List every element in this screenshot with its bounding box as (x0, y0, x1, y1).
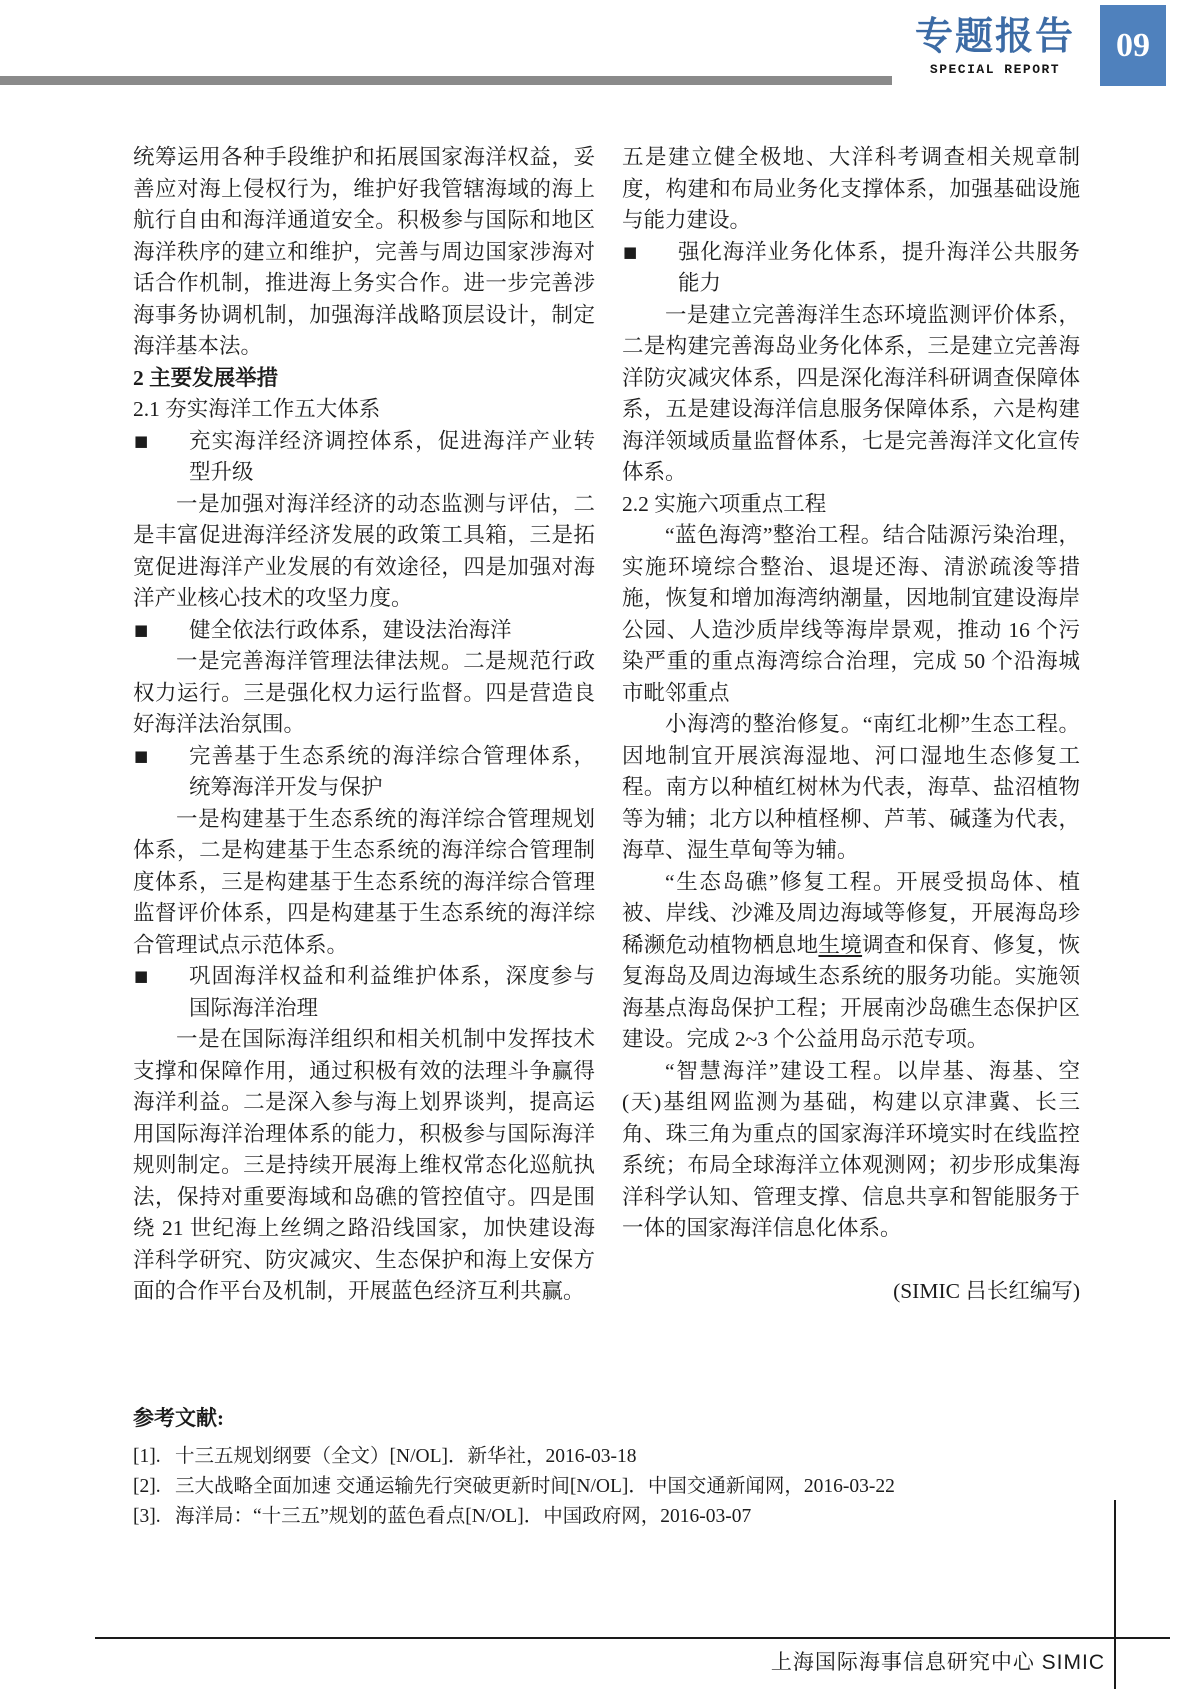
bullet-item: ■ 巩固海洋权益和利益维护体系，深度参与国际海洋治理 (133, 961, 595, 1024)
bullet-text: 健全依法行政体系，建设法治海洋 (189, 618, 512, 642)
reference-label: [2]. (133, 1472, 175, 1502)
page-title: 专题报告 (905, 14, 1085, 60)
bullet-square-icon: ■ (623, 237, 637, 269)
page-number-badge: 09 (1100, 5, 1166, 86)
right-column: 五是建立健全极地、大洋科考调查相关规章制度，构建和布局业务化支撑体系，加强基础设… (622, 142, 1080, 1308)
paragraph: 五是建立健全极地、大洋科考调查相关规章制度，构建和布局业务化支撑体系，加强基础设… (622, 142, 1080, 237)
paragraph: 一是建立完善海洋生态环境监测评价体系，二是构建完善海岛业务化体系，三是建立完善海… (622, 300, 1080, 489)
bullet-item: ■ 健全依法行政体系，建设法治海洋 (133, 615, 595, 647)
bullet-text: 巩固海洋权益和利益维护体系，深度参与国际海洋治理 (189, 964, 595, 1020)
subsection-heading: 2.1 夯实海洋工作五大体系 (133, 394, 595, 426)
reference-label: [1]. (133, 1442, 175, 1472)
paragraph: 一是完善海洋管理法律法规。二是规范行政权力运行。三是强化权力运行监督。四是营造良… (133, 646, 595, 741)
reference-item: [1]. 十三五规划纲要（全文）[N/OL]．新华社，2016-03-18 (133, 1442, 1083, 1472)
references-heading: 参考文献: (133, 1404, 1083, 1432)
bullet-item: ■ 强化海洋业务化体系，提升海洋公共服务能力 (622, 237, 1080, 300)
paragraph: 小海湾的整治修复。“南红北柳”生态工程。因地制宜开展滨海湿地、河口湿地生态修复工… (622, 709, 1080, 867)
paragraph: “智慧海洋”建设工程。以岸基、海基、空(天)基组网监测为基础，构建以京津冀、长三… (622, 1056, 1080, 1245)
bullet-item: ■ 完善基于生态系统的海洋综合管理体系，统筹海洋开发与保护 (133, 741, 595, 804)
reference-text: 十三五规划纲要（全文）[N/OL]．新华社，2016-03-18 (175, 1442, 636, 1472)
page-number: 09 (1116, 27, 1150, 65)
bullet-text: 强化海洋业务化体系，提升海洋公共服务能力 (678, 240, 1080, 296)
bullet-item: ■ 充实海洋经济调控体系，促进海洋产业转型升级 (133, 426, 595, 489)
left-column: 统筹运用各种手段维护和拓展国家海洋权益，妥善应对海上侵权行为，维护好我管辖海域的… (133, 142, 595, 1308)
paragraph: 一是在国际海洋组织和相关机制中发挥技术支撑和保障作用，通过积极有效的法理斗争赢得… (133, 1024, 595, 1308)
reference-label: [3]. (133, 1502, 175, 1532)
reference-text: 三大战略全面加速 交通运输先行突破更新时间[N/OL]．中国交通新闻网，2016… (175, 1472, 895, 1502)
reference-item: [2]. 三大战略全面加速 交通运输先行突破更新时间[N/OL]．中国交通新闻网… (133, 1472, 1083, 1502)
author-attribution: (SIMIC 吕长红编写) (622, 1276, 1080, 1308)
underlined-term: 生境 (818, 933, 862, 957)
bullet-square-icon: ■ (134, 961, 148, 993)
reference-item: [3]. 海洋局：“十三五”规划的蓝色看点[N/OL]．中国政府网，2016-0… (133, 1502, 1083, 1532)
page-header: 专题报告 SPECIAL REPORT (905, 14, 1085, 77)
bullet-square-icon: ■ (134, 615, 148, 647)
subsection-heading: 2.2 实施六项重点工程 (622, 489, 1080, 521)
paragraph: 统筹运用各种手段维护和拓展国家海洋权益，妥善应对海上侵权行为，维护好我管辖海域的… (133, 142, 595, 363)
page-subtitle: SPECIAL REPORT (905, 62, 1085, 77)
header-gray-rule (0, 76, 892, 85)
references-section: 参考文献: [1]. 十三五规划纲要（全文）[N/OL]．新华社，2016-03… (133, 1404, 1083, 1532)
paragraph: “生态岛礁”修复工程。开展受损岛体、植被、岸线、沙滩及周边海域等修复，开展海岛珍… (622, 867, 1080, 1056)
bullet-square-icon: ■ (134, 741, 148, 773)
footer-organization: 上海国际海事信息研究中心 SIMIC (600, 1646, 1105, 1676)
paragraph: 一是构建基于生态系统的海洋综合管理规划体系，二是构建基于生态系统的海洋综合管理制… (133, 804, 595, 962)
reference-text: 海洋局：“十三五”规划的蓝色看点[N/OL]．中国政府网，2016-03-07 (175, 1502, 751, 1532)
paragraph: “蓝色海湾”整治工程。结合陆源污染治理，实施环境综合整治、退堤还海、清淤疏浚等措… (622, 520, 1080, 709)
section-heading: 2 主要发展举措 (133, 363, 595, 395)
footer-vertical-rule (1114, 1500, 1116, 1689)
paragraph: 一是加强对海洋经济的动态监测与评估，二是丰富促进海洋经济发展的政策工具箱，三是拓… (133, 489, 595, 615)
bullet-square-icon: ■ (134, 426, 148, 458)
bullet-text: 完善基于生态系统的海洋综合管理体系，统筹海洋开发与保护 (189, 744, 595, 800)
bullet-text: 充实海洋经济调控体系，促进海洋产业转型升级 (189, 429, 595, 485)
report-page: 专题报告 SPECIAL REPORT 09 统筹运用各种手段维护和拓展国家海洋… (0, 0, 1200, 1689)
footer-rule (95, 1637, 1170, 1639)
